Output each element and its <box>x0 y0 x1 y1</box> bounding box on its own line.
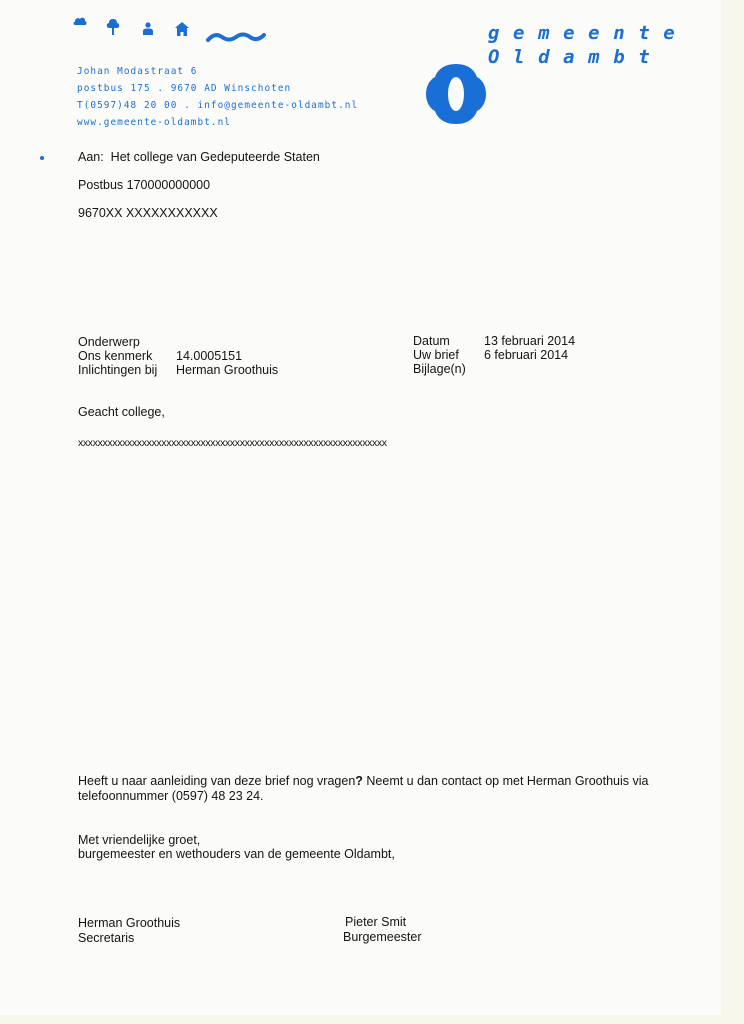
meta-label-inlichtingen: Inlichtingen bij <box>78 363 157 377</box>
meta-label-bijlagen: Bijlage(n) <box>413 362 466 376</box>
person-icon <box>142 22 154 35</box>
body-placeholder-text: xxxxxxxxxxxxxxxxxxxxxxxxxxxxxxxxxxxxxxxx… <box>78 437 387 449</box>
meta-label-datum: Datum <box>413 334 450 348</box>
address-street: Johan Modastraat 6 <box>77 63 358 80</box>
address-website: www.gemeente-oldambt.nl <box>77 114 358 131</box>
salutation: Geacht college, <box>78 405 165 419</box>
recipient-postcode-city: 9670XX XXXXXXXXXXX <box>78 206 218 220</box>
contact-line-1-b: Neemt u dan contact op met Herman Grooth… <box>363 774 649 788</box>
cloud-icon <box>73 16 87 26</box>
meta-label-uw-brief: Uw brief <box>413 348 459 362</box>
letter-page: Johan Modastraat 6 postbus 175 . 9670 AD… <box>0 0 721 1015</box>
signature-name-mayor: Pieter Smit <box>345 915 406 929</box>
fold-mark <box>40 156 44 160</box>
recipient-postbus: Postbus 170000000000 <box>78 178 210 192</box>
contact-line-2: telefoonnummer (0597) 48 23 24. <box>78 789 264 803</box>
signature-name-secretary: Herman Groothuis <box>78 916 180 930</box>
sender-address: Johan Modastraat 6 postbus 175 . 9670 AD… <box>77 63 358 131</box>
recipient-line: Aan: Het college van Gedeputeerde Staten <box>78 150 320 164</box>
meta-value-uw-brief: 6 februari 2014 <box>484 348 568 362</box>
contact-line-1: Heeft u naar aanleiding van deze brief n… <box>78 774 648 788</box>
contact-question-mark: ? <box>355 774 363 788</box>
house-icon <box>175 22 189 36</box>
tree-icon <box>106 19 120 36</box>
address-postbus: postbus 175 . 9670 AD Winschoten <box>77 80 358 97</box>
meta-value-datum: 13 februari 2014 <box>484 334 575 348</box>
meta-label-ons-kenmerk: Ons kenmerk <box>78 349 152 363</box>
recipient-name: Het college van Gedeputeerde Staten <box>111 150 320 164</box>
closing-signatory-body: burgemeester en wethouders van de gemeen… <box>78 847 395 861</box>
address-phone-email: T(0597)48 20 00 . info@gemeente-oldambt.… <box>77 97 358 114</box>
meta-label-onderwerp: Onderwerp <box>78 335 140 349</box>
meta-value-inlichtingen: Herman Groothuis <box>176 363 278 377</box>
brand-line-1: gemeente <box>488 22 688 44</box>
signature-title-mayor: Burgemeester <box>343 930 422 944</box>
signature-title-secretary: Secretaris <box>78 931 134 945</box>
wave-icon <box>205 30 267 44</box>
closing-greeting: Met vriendelijke groet, <box>78 833 200 847</box>
contact-line-1-a: Heeft u naar aanleiding van deze brief n… <box>78 774 355 788</box>
brand-line-2: Oldambt <box>488 46 663 68</box>
recipient-label: Aan: <box>78 150 104 164</box>
oldambt-logo-icon <box>425 63 487 125</box>
meta-value-ons-kenmerk: 14.0005151 <box>176 349 242 363</box>
